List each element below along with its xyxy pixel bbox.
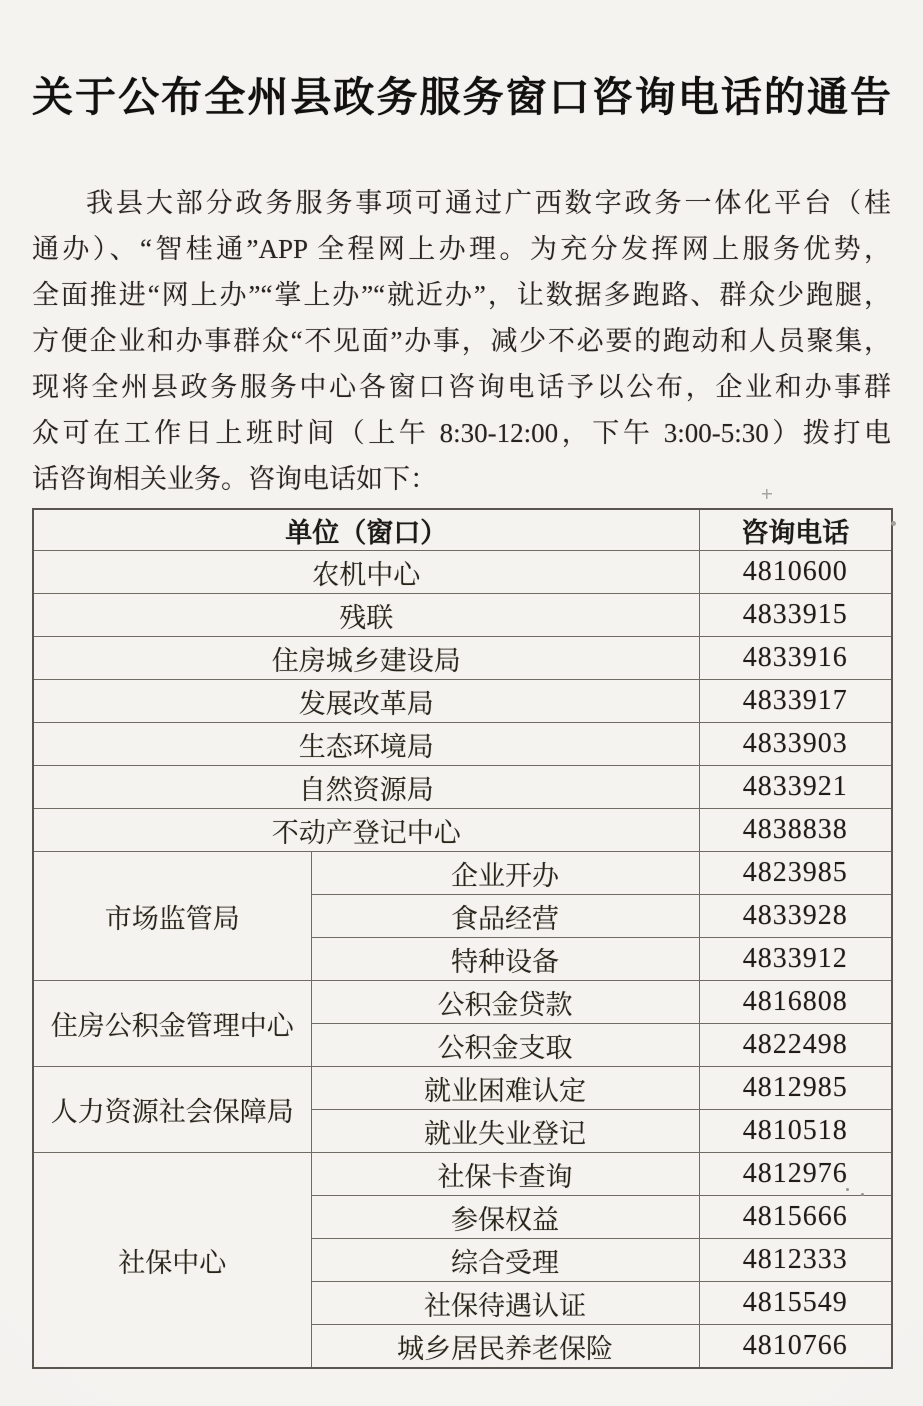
table-row: 市场监管局 企业开办 4823985 [33,852,892,895]
phone-cell: 4810600 [699,551,892,594]
phone-cell: 4833915 [699,594,892,637]
phone-cell: 4812976 [699,1153,892,1196]
unit-cell: 自然资源局 [33,766,699,809]
phone-cell: 4810766 [699,1325,892,1369]
window-cell: 就业失业登记 [311,1110,699,1153]
phone-cell: 4833917 [699,680,892,723]
paragraph-line: 众可在工作日上班时间（上午 8:30-12:00，下午 3:00-5:30）拨打… [32,410,891,456]
window-cell: 城乡居民养老保险 [311,1325,699,1369]
phone-directory-table: 单位（窗口） 咨询电话 农机中心 4810600 残联 4833915 住房城乡… [32,508,893,1369]
table-row: 住房城乡建设局 4833916 [33,637,892,680]
window-cell: 社保卡查询 [311,1153,699,1196]
unit-cell: 住房公积金管理中心 [33,981,311,1067]
table-row: 残联 4833915 [33,594,892,637]
phone-cell: 4833928 [699,895,892,938]
paragraph-line: 方便企业和办事群众“不见面”办事，减少不必要的跑动和人员聚集， [32,318,891,364]
window-cell: 特种设备 [311,938,699,981]
unit-cell: 生态环境局 [33,723,699,766]
phone-cell: 4812985 [699,1067,892,1110]
unit-cell: 不动产登记中心 [33,809,699,852]
phone-cell: 4833903 [699,723,892,766]
unit-cell: 残联 [33,594,699,637]
paragraph-line: 现将全州县政务服务中心各窗口咨询电话予以公布，企业和办事群 [32,364,891,410]
unit-cell: 市场监管局 [33,852,311,981]
window-cell: 参保权益 [311,1196,699,1239]
table-row: 不动产登记中心 4838838 [33,809,892,852]
phone-cell: 4822498 [699,1024,892,1067]
table-row: 自然资源局 4833921 [33,766,892,809]
window-cell: 公积金支取 [311,1024,699,1067]
phone-cell: 4833916 [699,637,892,680]
page-title: 关于公布全州县政务服务窗口咨询电话的通告 [32,0,891,130]
window-cell: 社保待遇认证 [311,1282,699,1325]
body-paragraph: 我县大部分政务服务事项可通过广西数字政务一体化平台（桂 通办）、“智桂通”APP… [32,180,891,502]
window-cell: 就业困难认定 [311,1067,699,1110]
paragraph-line: 全面推进“网上办”“掌上办”“就近办”，让数据多跑路、群众少跑腿， [32,272,891,318]
table-row: 农机中心 4810600 [33,551,892,594]
paragraph-line: 通办）、“智桂通”APP 全程网上办理。为充分发挥网上服务优势， [32,226,891,272]
table-row: 人力资源社会保障局 就业困难认定 4812985 [33,1067,892,1110]
window-cell: 企业开办 [311,852,699,895]
phone-cell: 4815549 [699,1282,892,1325]
unit-cell: 住房城乡建设局 [33,637,699,680]
table-row: 发展改革局 4833917 [33,680,892,723]
window-cell: 公积金贷款 [311,981,699,1024]
phone-cell: 4838838 [699,809,892,852]
paragraph-line: 我县大部分政务服务事项可通过广西数字政务一体化平台（桂 [32,180,891,226]
phone-cell: 4815666 [699,1196,892,1239]
table-row: 社保中心 社保卡查询 4812976 [33,1153,892,1196]
window-cell: 综合受理 [311,1239,699,1282]
phone-cell: 4833912 [699,938,892,981]
table-header-row: 单位（窗口） 咨询电话 [33,509,892,551]
window-cell: 食品经营 [311,895,699,938]
unit-cell: 农机中心 [33,551,699,594]
phone-cell: 4816808 [699,981,892,1024]
paragraph-line: 话咨询相关业务。咨询电话如下： [32,456,891,502]
unit-cell: 发展改革局 [33,680,699,723]
phone-cell: 4812333 [699,1239,892,1282]
phone-cell: 4823985 [699,852,892,895]
phone-cell: 4833921 [699,766,892,809]
table-row: 生态环境局 4833903 [33,723,892,766]
notice-document: 关于公布全州县政务服务窗口咨询电话的通告 我县大部分政务服务事项可通过广西数字政… [0,0,923,1406]
phone-cell: 4810518 [699,1110,892,1153]
unit-cell: 社保中心 [33,1153,311,1369]
header-unit: 单位（窗口） [33,509,699,551]
table-row: 住房公积金管理中心 公积金贷款 4816808 [33,981,892,1024]
header-phone: 咨询电话 [699,509,892,551]
unit-cell: 人力资源社会保障局 [33,1067,311,1153]
